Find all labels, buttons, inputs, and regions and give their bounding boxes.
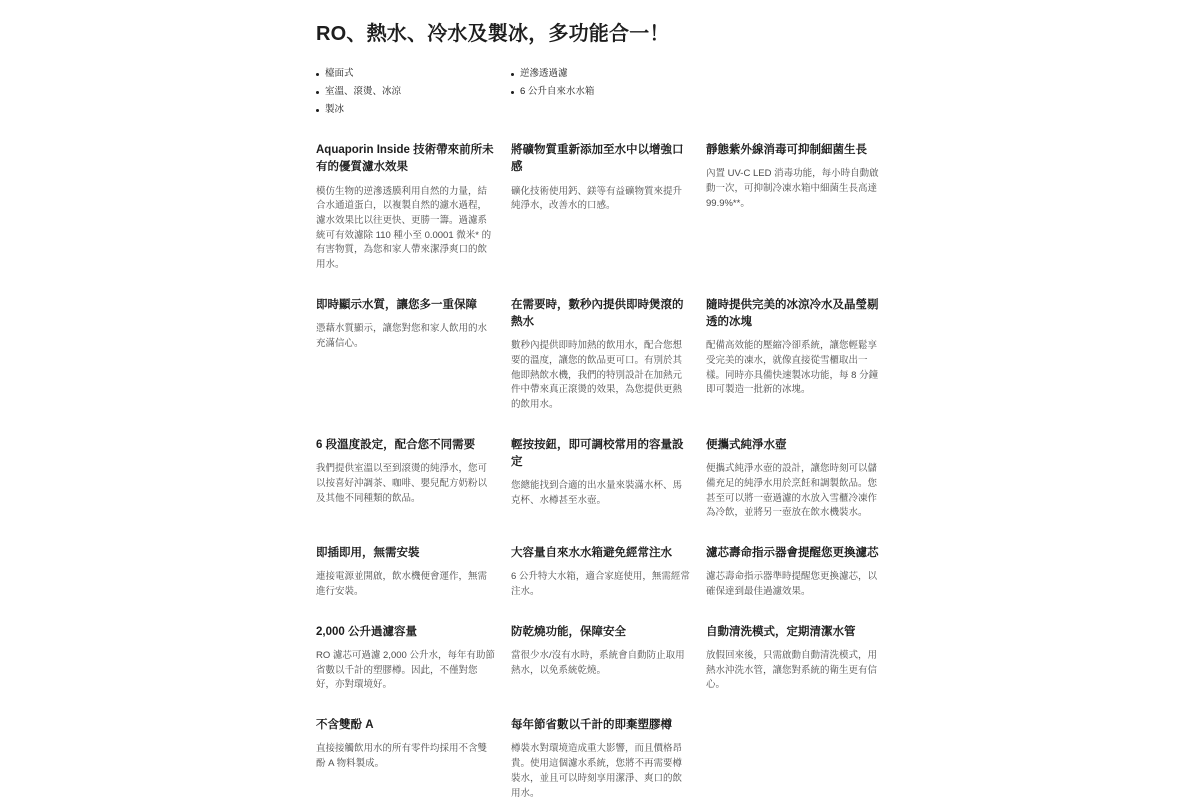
feature-card-save-plastic-bottles: 每年節省數以千計的即棄塑膠樽 樽裝水對環境造成重大影響，而且價格昂貴。使用這個濾…	[511, 717, 691, 723]
product-features-section: RO、熱水、冷水及製冰，多功能合一！ 檯面式 室溫、滾燙、冰涼 製冰 逆滲透過濾…	[316, 22, 894, 723]
feature-body: 內置 UV-C LED 消毒功能，每小時自動啟動一次，可抑制冷凍水箱中細菌生長高…	[706, 167, 886, 211]
feature-card-filter-capacity: 2,000 公升過濾容量 RO 濾芯可過濾 2,000 公升水，每年有助節省數以…	[316, 624, 496, 693]
feature-body: 放假回來後，只需啟動自動清洗模式，用熱水沖洗水管，讓您對系統的衛生更有信心。	[706, 649, 886, 693]
feature-heading: 即時顯示水質，讓您多一重保障	[316, 297, 496, 314]
feature-heading: 在需要時，數秒內提供即時煲滾的熱水	[511, 297, 691, 332]
feature-card-water-quality: 即時顯示水質，讓您多一重保障 憑藉水質顯示，讓您對您和家人飲用的水充滿信心。	[316, 297, 496, 352]
feature-card-bpa-free: 不含雙酚 A 直接接觸飲用水的所有零件均採用不含雙酚 A 物料製成。	[316, 717, 496, 723]
feature-body: 模仿生物的逆滲透膜利用自然的力量，結合水通道蛋白，以複製自然的濾水過程，濾水效果…	[316, 185, 496, 273]
feature-body: 您總能找到合適的出水量來裝滿水杯、馬克杯、水樽甚至水壺。	[511, 479, 691, 508]
bullet-icon	[316, 73, 319, 76]
page-title: RO、熱水、冷水及製冰，多功能合一！	[316, 22, 894, 47]
feature-card-hot-water: 在需要時，數秒內提供即時煲滾的熱水 數秒內提供即時加熱的飲用水，配合您想要的溫度…	[511, 297, 691, 413]
feature-body: 連接電源並開啟，飲水機便會運作，無需進行安裝。	[316, 570, 496, 599]
feature-heading: 濾芯壽命指示器會提醒您更換濾芯	[706, 545, 886, 562]
feature-heading: 2,000 公升過濾容量	[316, 624, 496, 641]
feature-card-dry-burn-protection: 防乾燒功能，保障安全 當很少水/沒有水時，系統會自動防止取用熱水，以免系統乾燒。	[511, 624, 691, 679]
feature-heading: 輕按按鈕，即可調校常用的容量設定	[511, 437, 691, 472]
feature-body: 濾芯壽命指示器準時提醒您更換濾芯，以確保達到最佳過濾效果。	[706, 570, 886, 599]
highlight-text: 製冰	[325, 104, 344, 116]
feature-body: 數秒內提供即時加熱的飲用水，配合您想要的溫度，讓您的飲品更可口。有別於其他即熱飲…	[511, 339, 691, 413]
highlight-text: 檯面式	[325, 68, 354, 80]
highlight-item: 檯面式	[316, 68, 511, 80]
feature-card-volume-settings: 輕按按鈕，即可調校常用的容量設定 您總能找到合適的出水量來裝滿水杯、馬克杯、水樽…	[511, 437, 691, 509]
bullet-icon	[511, 73, 514, 76]
feature-card-auto-clean: 自動清洗模式，定期清潔水管 放假回來後，只需啟動自動清洗模式，用熱水沖洗水管，讓…	[706, 624, 886, 693]
feature-card-temperature-settings: 6 段溫度設定，配合您不同需要 我們提供室溫以至到滾燙的純淨水，您可以按喜好沖調…	[316, 437, 496, 506]
feature-heading: 便攜式純淨水壺	[706, 437, 886, 454]
feature-card-portable-jug: 便攜式純淨水壺 便攜式純淨水壺的設計，讓您時刻可以儲備充足的純淨水用於烹飪和調製…	[706, 437, 886, 521]
highlight-item: 製冰	[316, 104, 511, 116]
feature-body: 當很少水/沒有水時，系統會自動防止取用熱水，以免系統乾燒。	[511, 649, 691, 678]
highlight-bullets: 檯面式 室溫、滾燙、冰涼 製冰 逆滲透過濾 6 公升自來水水箱	[316, 68, 894, 122]
feature-body: 礦化技術使用鈣、鎂等有益礦物質來提升純淨水，改善水的口感。	[511, 185, 691, 214]
feature-heading: 隨時提供完美的冰涼冷水及晶瑩剔透的冰塊	[706, 297, 886, 332]
highlight-text: 6 公升自來水水箱	[520, 86, 594, 98]
feature-heading: 將礦物質重新添加至水中以增強口感	[511, 142, 691, 177]
feature-body: 便攜式純淨水壺的設計，讓您時刻可以儲備充足的純淨水用於烹飪和調製飲品。您甚至可以…	[706, 462, 886, 521]
feature-card-minerals: 將礦物質重新添加至水中以增強口感 礦化技術使用鈣、鎂等有益礦物質來提升純淨水，改…	[511, 142, 691, 214]
feature-body: 6 公升特大水箱，適合家庭使用，無需經常注水。	[511, 570, 691, 599]
highlight-list-left: 檯面式 室溫、滾燙、冰涼 製冰	[316, 68, 511, 122]
feature-heading: 大容量自來水水箱避免經常注水	[511, 545, 691, 562]
feature-card-cold-water-ice: 隨時提供完美的冰涼冷水及晶瑩剔透的冰塊 配備高效能的壓縮冷卻系統，讓您輕鬆享受完…	[706, 297, 886, 398]
feature-heading: 靜態紫外線消毒可抑制細菌生長	[706, 142, 886, 159]
feature-card-uvc: 靜態紫外線消毒可抑制細菌生長 內置 UV-C LED 消毒功能，每小時自動啟動一…	[706, 142, 886, 211]
feature-card-filter-indicator: 濾芯壽命指示器會提醒您更換濾芯 濾芯壽命指示器準時提醒您更換濾芯，以確保達到最佳…	[706, 545, 886, 600]
highlight-text: 室溫、滾燙、冰涼	[325, 86, 401, 98]
feature-card-large-tank: 大容量自來水水箱避免經常注水 6 公升特大水箱，適合家庭使用，無需經常注水。	[511, 545, 691, 600]
feature-body: 配備高效能的壓縮冷卻系統，讓您輕鬆享受完美的凍水，就像直接從雪櫃取出一樣。同時亦…	[706, 339, 886, 398]
highlight-item: 6 公升自來水水箱	[511, 86, 706, 98]
feature-card-aquaporin: Aquaporin Inside 技術帶來前所未有的優質濾水效果 模仿生物的逆滲…	[316, 142, 496, 273]
bullet-icon	[511, 91, 514, 94]
feature-heading: 不含雙酚 A	[316, 717, 496, 723]
feature-heading: 防乾燒功能，保障安全	[511, 624, 691, 641]
highlight-text: 逆滲透過濾	[520, 68, 568, 80]
highlight-list-right: 逆滲透過濾 6 公升自來水水箱	[511, 68, 706, 122]
bullet-icon	[316, 109, 319, 112]
feature-heading: Aquaporin Inside 技術帶來前所未有的優質濾水效果	[316, 142, 496, 177]
feature-heading: 即插即用，無需安裝	[316, 545, 496, 562]
feature-card-plug-and-play: 即插即用，無需安裝 連接電源並開啟，飲水機便會運作，無需進行安裝。	[316, 545, 496, 600]
feature-heading: 6 段溫度設定，配合您不同需要	[316, 437, 496, 454]
feature-body: 我們提供室溫以至到滾燙的純淨水，您可以按喜好沖調茶、咖啡、嬰兒配方奶粉以及其他不…	[316, 462, 496, 506]
highlight-item: 逆滲透過濾	[511, 68, 706, 80]
bullet-icon	[316, 91, 319, 94]
feature-body: RO 濾芯可過濾 2,000 公升水，每年有助節省數以千計的塑膠樽。因此，不僅對…	[316, 649, 496, 693]
feature-grid: Aquaporin Inside 技術帶來前所未有的優質濾水效果 模仿生物的逆滲…	[316, 142, 894, 723]
highlight-item: 室溫、滾燙、冰涼	[316, 86, 511, 98]
feature-heading: 每年節省數以千計的即棄塑膠樽	[511, 717, 691, 723]
feature-body: 憑藉水質顯示，讓您對您和家人飲用的水充滿信心。	[316, 322, 496, 351]
feature-heading: 自動清洗模式，定期清潔水管	[706, 624, 886, 641]
